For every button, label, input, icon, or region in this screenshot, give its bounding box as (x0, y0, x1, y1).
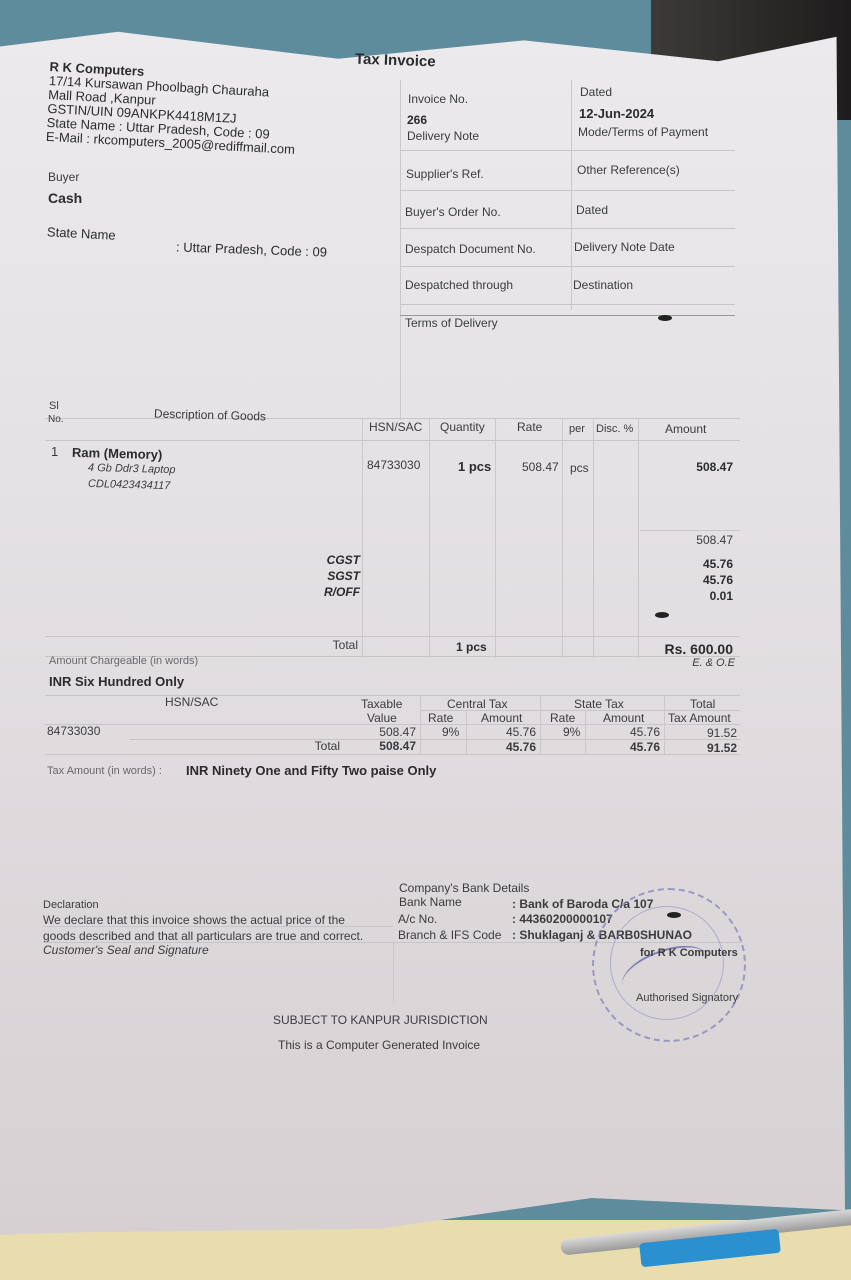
subtotal: 508.47 (650, 533, 733, 547)
despatch-doc-label: Despatch Document No. (405, 242, 536, 256)
col-rate: Rate (517, 420, 542, 434)
seller-block: R K Computers 17/14 Kursawan Phoolbagh C… (46, 60, 299, 157)
divider (585, 710, 586, 754)
tax-total-c-amount: 45.76 (480, 740, 536, 754)
item-amount: 508.47 (650, 460, 733, 474)
tax-total-taxable: 508.47 (360, 739, 416, 753)
total-quantity: 1 pcs (456, 640, 487, 654)
tax-col-hsn: HSN/SAC (165, 695, 218, 709)
tax-col-state: State Tax (574, 697, 624, 711)
bank-acc-label: A/c No. (398, 912, 437, 926)
divider (638, 418, 639, 658)
divider (400, 150, 735, 151)
declaration-line-1: We declare that this invoice shows the a… (43, 913, 345, 927)
tax-row-taxable: 508.47 (360, 725, 416, 739)
tax-row-s-rate: 9% (563, 725, 580, 739)
divider (393, 943, 394, 1003)
item-quantity: 1 pcs (458, 459, 491, 474)
mode-terms-label: Mode/Terms of Payment (578, 125, 708, 139)
tax-col-c-amount: Amount (481, 711, 522, 725)
tax-col-s-amount: Amount (603, 711, 644, 725)
item-per: pcs (570, 461, 589, 475)
computer-generated-note: This is a Computer Generated Invoice (278, 1038, 480, 1052)
tax-row-hsn: 84733030 (47, 724, 100, 738)
tax-row-c-amount: 45.76 (480, 725, 536, 739)
customer-seal-label: Customer's Seal and Signature (43, 943, 209, 957)
col-per: per (569, 423, 585, 435)
tax-col-c-rate: Rate (428, 711, 453, 725)
invoice-no-value: 266 (407, 113, 427, 127)
item-desc-1: 4 Gb Ddr3 Laptop (88, 462, 176, 476)
bank-name-label: Bank Name (399, 895, 462, 909)
signatory-for: for R K Computers (640, 947, 738, 959)
bank-branch-label: Branch & IFS Code (398, 928, 501, 942)
divider (45, 636, 740, 637)
dated-label: Dated (580, 85, 612, 99)
amount-words: INR Six Hundred Only (49, 674, 184, 689)
tax-col-total: Total (690, 697, 715, 711)
divider (540, 695, 541, 754)
col-no: No. (48, 414, 64, 425)
divider (495, 418, 496, 658)
divider (45, 695, 740, 696)
tax-col-taxable: Taxable (361, 697, 402, 711)
tax-amount-sgst: 45.76 (650, 573, 733, 587)
ink-mark (658, 315, 672, 321)
divider (420, 695, 421, 754)
buyer-label: Buyer (48, 170, 79, 184)
delivery-note-date-label: Delivery Note Date (574, 240, 675, 254)
divider (571, 80, 572, 310)
dated-value: 12-Jun-2024 (579, 106, 654, 121)
tax-row-c-rate: 9% (442, 725, 459, 739)
tax-words: INR Ninety One and Fifty Two paise Only (186, 763, 436, 778)
amount-words-label: Amount Chargeable (in words) (49, 655, 198, 667)
divider (400, 190, 735, 191)
suppliers-ref-label: Supplier's Ref. (406, 167, 484, 181)
divider (400, 228, 735, 229)
tax-label-roff: R/OFF (300, 585, 360, 599)
invoice-title: Tax Invoice (355, 51, 436, 71)
divider (640, 530, 740, 531)
col-description: Description of Goods (154, 407, 266, 424)
col-disc: Disc. % (596, 423, 633, 435)
col-sl: Sl (49, 400, 59, 412)
tax-label-cgst: CGST (300, 553, 360, 567)
tax-label-sgst: SGST (300, 569, 360, 583)
tax-row-s-amount: 45.76 (604, 725, 660, 739)
tax-col-tax-amount: Tax Amount (668, 711, 731, 725)
tax-amount-roff: 0.01 (650, 589, 733, 603)
item-rate: 508.47 (522, 460, 559, 474)
order-dated-label: Dated (576, 203, 608, 217)
terms-of-delivery-label: Terms of Delivery (405, 316, 498, 330)
buyers-order-label: Buyer's Order No. (405, 205, 501, 219)
divider (664, 695, 665, 754)
ink-mark (655, 612, 669, 618)
tax-total-s-amount: 45.76 (604, 740, 660, 754)
tax-col-s-rate: Rate (550, 711, 575, 725)
bank-heading: Company's Bank Details (399, 881, 529, 895)
declaration-line-2: goods described and that all particulars… (43, 929, 363, 943)
divider (400, 266, 735, 267)
col-quantity: Quantity (440, 420, 485, 434)
item-hsn: 84733030 (367, 458, 420, 472)
divider (466, 710, 467, 754)
item-sl: 1 (51, 444, 58, 459)
tax-col-value: Value (367, 711, 397, 725)
eoe-note: E. & O.E (650, 657, 735, 669)
divider (45, 440, 740, 441)
divider (43, 926, 393, 927)
tax-total-total: 91.52 (680, 741, 737, 755)
col-hsn: HSN/SAC (369, 420, 422, 434)
despatched-through-label: Despatched through (405, 278, 513, 292)
divider (45, 754, 740, 755)
tax-words-label: Tax Amount (in words) : (47, 765, 162, 777)
divider (429, 418, 430, 658)
divider (400, 80, 401, 420)
tax-amount-cgst: 45.76 (650, 557, 733, 571)
destination-label: Destination (573, 278, 633, 292)
divider (562, 418, 563, 658)
declaration-label: Declaration (43, 899, 99, 911)
bank-acc: : 44360200000107 (512, 912, 613, 926)
divider (45, 418, 740, 419)
other-references-label: Other Reference(s) (577, 163, 680, 177)
invoice-no-label: Invoice No. (408, 92, 468, 106)
item-name: Ram (Memory) (72, 445, 163, 462)
delivery-note-label: Delivery Note (407, 129, 479, 143)
buyer-name: Cash (48, 190, 82, 206)
authorised-signatory: Authorised Signatory (636, 992, 738, 1004)
tax-total-label: Total (290, 739, 340, 753)
col-amount: Amount (665, 422, 706, 436)
tax-row-total: 91.52 (680, 726, 737, 740)
jurisdiction-note: SUBJECT TO KANPUR JURISDICTION (273, 1013, 488, 1027)
divider (362, 418, 363, 658)
total-label: Total (300, 638, 358, 652)
total-amount: Rs. 600.00 (630, 641, 733, 657)
item-desc-2: CDL0423434117 (88, 478, 171, 492)
divider (593, 418, 594, 658)
tax-col-central: Central Tax (447, 697, 507, 711)
divider (400, 304, 735, 305)
